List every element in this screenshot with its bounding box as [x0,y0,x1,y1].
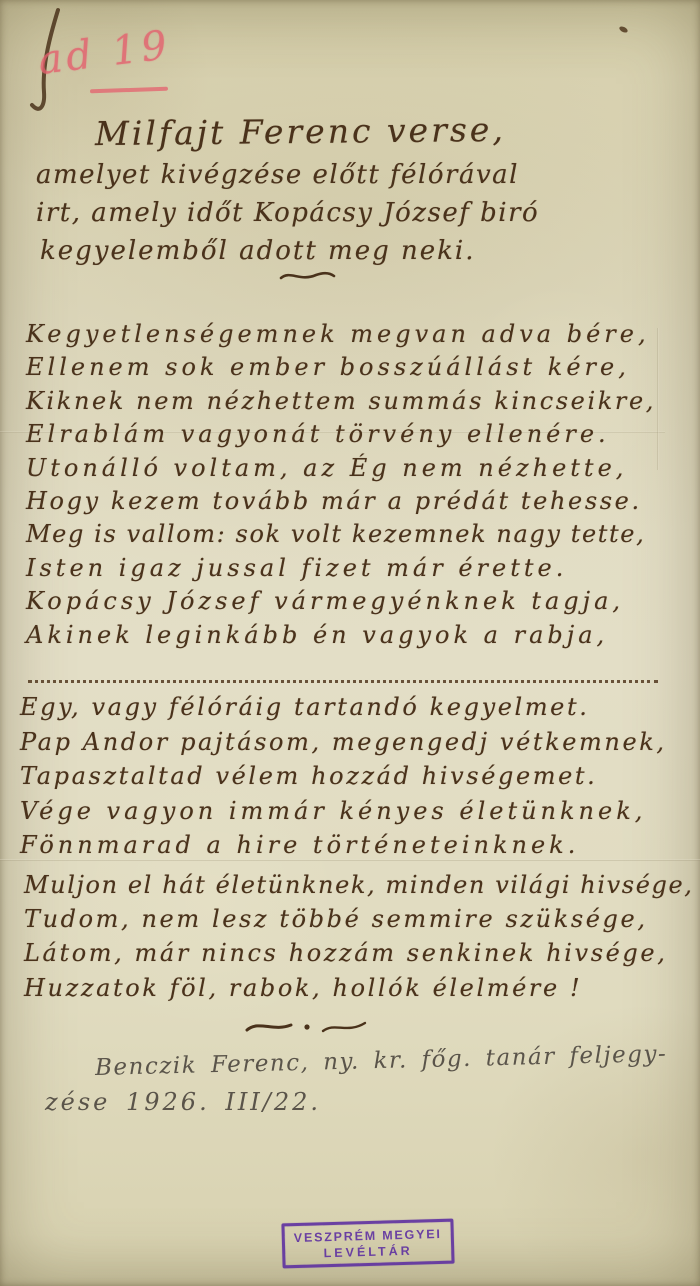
poem-line: Utonálló voltam, az Ég nem nézhette, [26,452,656,485]
red-underline [90,87,168,94]
title-line-3: irt, amely időt Kopácsy József biró [36,198,539,228]
poem-line: Elrablám vagyonát törvény ellenére. [26,418,656,451]
poem-stanza-1: Kegyetlenségemnek megvan adva bére, Elle… [26,318,656,652]
title-line-4: kegyelemből adott meg neki. [40,236,475,266]
annotation-line-1: Benczik Ferenc, ny. kr. főg. tanár felje… [95,1041,668,1081]
poem-line: Kegyetlenségemnek megvan adva bére, [26,318,656,351]
ink-speck [618,25,628,34]
poem-line: Akinek leginkább én vagyok a rabja, [26,619,656,652]
poem-line: Isten igaz jussal fizet már érette. [26,552,656,585]
poem-stanza-2: Egy, vagy félóráig tartandó kegyelmet. P… [20,690,667,863]
fold-crease [657,328,659,470]
poem-line: Ellenem sok ember bosszúállást kére, [26,351,656,384]
manuscript-page: ad 19 Milfajt Ferenc verse, amelyet kivé… [0,0,700,1286]
annotation-line-2: zése 1926. III/22. [45,1088,321,1116]
poem-line: Tudom, nem lesz többé semmire szüksége, [24,902,694,936]
poem-line: Muljon el hát életünknek, minden világi … [24,868,694,902]
poem-line: Fönnmarad a hire történeteinknek. [20,828,667,863]
poem-line: Egy, vagy félóráig tartandó kegyelmet. [20,690,667,725]
poem-line: Kiknek nem nézhettem summás kincseikre, [26,385,656,418]
closing-flourish [243,1016,373,1038]
dotted-separator [28,680,658,683]
poem-line: Huzzatok föl, rabok, hollók élelmére ! [24,971,694,1005]
poem-line: Vége vagyon immár kényes életünknek, [20,794,667,829]
title-line-1: Milfajt Ferenc verse, [95,110,506,153]
poem-line: Pap Andor pajtásom, megengedj vétkemnek, [20,725,667,760]
title-line-2: amelyet kivégzése előtt félórával [36,160,519,190]
divider-flourish [278,268,338,286]
poem-stanza-3: Muljon el hát életünknek, minden világi … [24,868,694,1005]
poem-line: Hogy kezem tovább már a prédát tehesse. [26,485,656,518]
archive-stamp: VESZPRÉM MEGYEI LEVÉLTÁR [281,1219,454,1269]
poem-line: Látom, már nincs hozzám senkinek hivsége… [24,936,694,970]
poem-line: Kopácsy József vármegyénknek tagja, [26,585,656,618]
poem-line: Meg is vallom: sok volt kezemnek nagy te… [26,518,656,551]
poem-line: Tapasztaltad vélem hozzád hivségemet. [20,759,667,794]
